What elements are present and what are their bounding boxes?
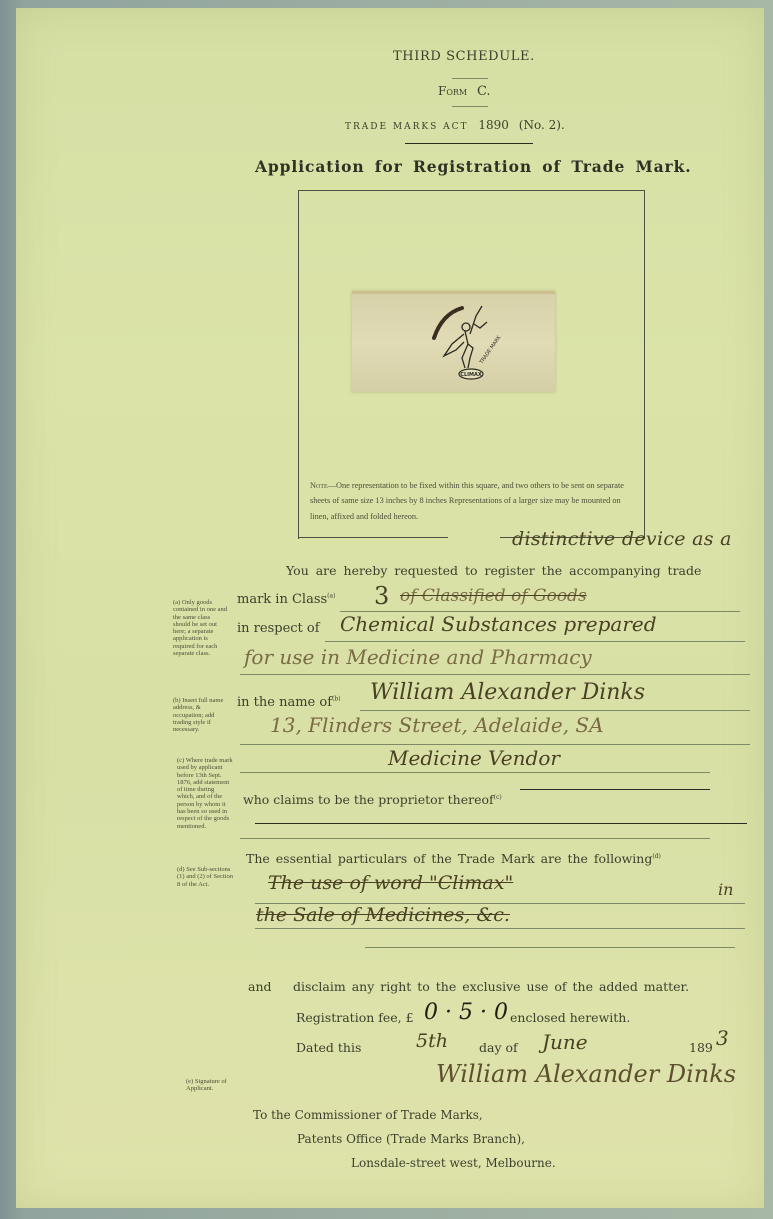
margin-note-c: (c) Where trade mark used by applicant b… [177, 757, 233, 830]
dated-month-value[interactable]: June [542, 1030, 588, 1054]
margin-note-b: (b) Insert full name address, & occupati… [173, 697, 229, 733]
fee-suffix: enclosed herewith. [510, 1010, 630, 1025]
class-footnote-marker: (a) [327, 593, 335, 600]
act-prefix: trade marks act [345, 122, 469, 132]
dated-day-value[interactable]: 5th [416, 1030, 448, 1052]
schedule-heading: THIRD SCHEDULE. [393, 49, 535, 64]
respect-value-line-1[interactable]: Chemical Substances prepared [340, 612, 657, 636]
respect-value-line-2[interactable]: for use in Medicine and Pharmacy [244, 645, 592, 669]
margin-note-e: (e) Signature of Applicant. [186, 1078, 246, 1093]
climax-angel-trade-mark-icon: CLIMAX TRADE MARK [352, 294, 555, 392]
class-struck-text: of Classified of Goods [400, 586, 587, 606]
proprietor-footnote-marker: (c) [494, 794, 502, 801]
office-line: Patents Office (Trade Marks Branch), [297, 1132, 525, 1146]
representation-note: Note—One representation to be fixed with… [310, 478, 640, 524]
box-bottom-left [298, 537, 448, 538]
name-label-text: in the name of [237, 695, 332, 710]
applicant-signature[interactable]: William Alexander Dinks [436, 1060, 736, 1088]
particulars-fill-line-2 [255, 928, 745, 929]
respect-label: in respect of [237, 621, 320, 636]
act-heading: trade marks act 1890 (No. 2). [345, 118, 565, 132]
form-heading: Form C. [438, 84, 491, 99]
proprietor-dash-2 [255, 823, 747, 824]
applicant-address-value[interactable]: 13, Flinders Street, Adelaide, SA [270, 713, 604, 737]
act-year: 1890 [478, 118, 509, 132]
particulars-footnote-marker: (d) [652, 853, 661, 860]
note-body: One representation to be fixed within th… [310, 481, 624, 521]
dated-year-value[interactable]: 3 [716, 1026, 729, 1050]
proprietor-fill-line [240, 838, 710, 839]
document-paper [16, 8, 764, 1208]
disclaim-text: disclaim any right to the exclusive use … [293, 979, 689, 994]
commissioner-line: To the Commissioner of Trade Marks, [253, 1108, 483, 1122]
header-rule-1 [452, 78, 488, 79]
svg-text:CLIMAX: CLIMAX [460, 372, 482, 378]
disclaim-and: and [248, 979, 272, 994]
class-value[interactable]: 3 [374, 582, 389, 610]
handwritten-insertion-distinctive-device: distinctive device as a [512, 528, 732, 550]
dated-day-of: day of [479, 1040, 518, 1055]
proprietor-label-text: who claims to be the proprietor thereof [243, 792, 494, 807]
particulars-struck-line-1: The use of word "Climax" [268, 872, 513, 894]
name-label: in the name of(b) [237, 695, 341, 710]
dated-year-prefix: 189 [689, 1040, 713, 1055]
form-label: Form [438, 84, 467, 98]
particulars-in: in [718, 880, 733, 899]
request-line: You are hereby requested to register the… [286, 563, 701, 578]
class-label: mark in Class(a) [237, 592, 335, 607]
header-rule-2 [452, 106, 488, 107]
act-number: (No. 2). [519, 118, 565, 132]
applicant-name-value[interactable]: William Alexander Dinks [370, 680, 645, 705]
occupation-fill-line [240, 772, 710, 773]
name-fill-line [360, 710, 750, 711]
particulars-label: The essential particulars of the Trade M… [246, 851, 661, 866]
document-title: Application for Registration of Trade Ma… [255, 157, 692, 176]
particulars-label-text: The essential particulars of the Trade M… [246, 851, 652, 866]
svg-text:TRADE MARK: TRADE MARK [478, 334, 503, 366]
name-footnote-marker: (b) [332, 696, 341, 703]
fee-value[interactable]: 0 · 5 · 0 [424, 1000, 508, 1025]
particulars-struck-line-2: the Sale of Medicines, &c. [256, 904, 510, 926]
respect-fill-line-1 [325, 641, 745, 642]
form-letter: C. [477, 84, 491, 99]
dated-label: Dated this [296, 1040, 361, 1055]
address-fill-line [240, 744, 750, 745]
trade-mark-specimen-label: CLIMAX TRADE MARK [352, 291, 555, 392]
proprietor-label: who claims to be the proprietor thereof(… [243, 792, 502, 807]
proprietor-dash-1 [520, 789, 710, 790]
particulars-fill-line-3 [365, 947, 735, 948]
header-rule-3 [405, 143, 533, 144]
margin-note-d: (d) See Sub-sections (1) and (2) of Sect… [177, 866, 233, 888]
street-line: Lonsdale-street west, Melbourne. [351, 1156, 556, 1170]
note-prefix: Note— [310, 481, 336, 490]
applicant-occupation-value[interactable]: Medicine Vendor [388, 746, 560, 770]
respect-fill-line-2 [240, 674, 750, 675]
class-label-text: mark in Class [237, 592, 327, 607]
margin-note-a: (a) Only goods contained in one and the … [173, 599, 229, 657]
fee-label: Registration fee, £ [296, 1010, 414, 1025]
